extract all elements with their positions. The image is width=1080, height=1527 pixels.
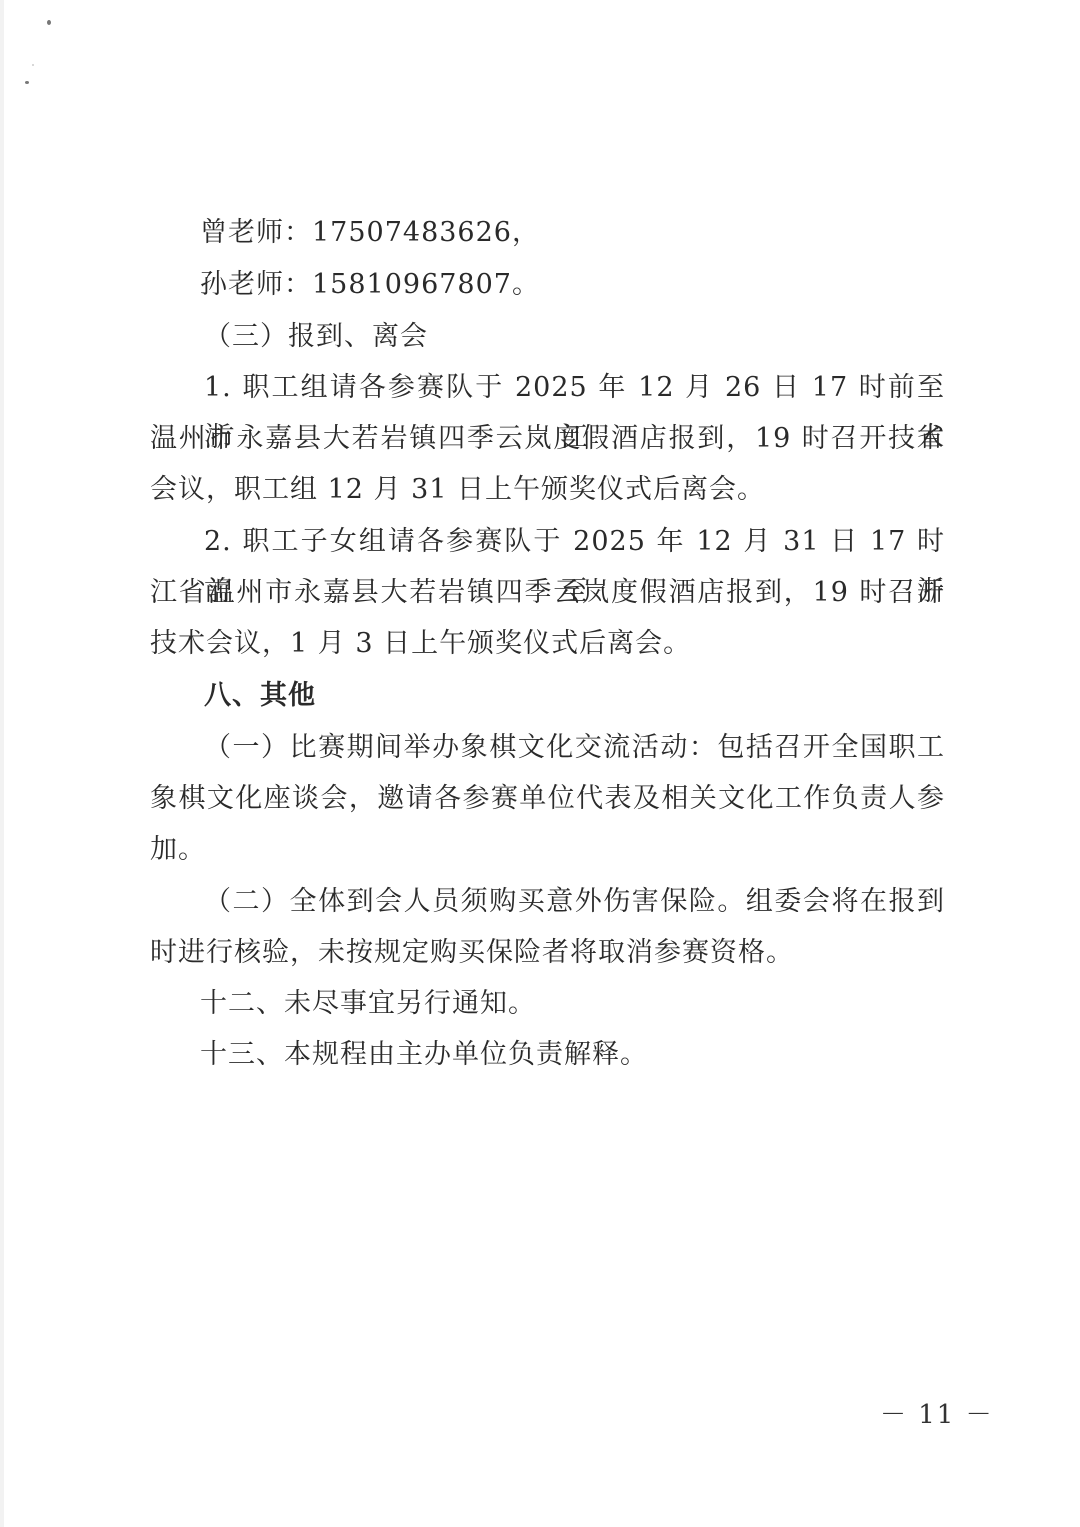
scan-speck [32,64,34,66]
contact-sun: 孙老师：15810967807。 [200,260,540,310]
scan-page-edge [0,0,4,1527]
other-item2-line1: （二）全体到会人员须购买意外伤害保险。组委会将在报到 [204,877,945,927]
section-other-heading: 八、其他 [204,671,316,721]
other-item1-line1: （一）比赛期间举办象棋文化交流活动：包括召开全国职工 [204,723,945,773]
checkin-item2-line3: 技术会议，1 月 3 日上午颁奖仪式后离会。 [150,619,691,669]
other-item2-line2: 时进行核验，未按规定购买保险者将取消参赛资格。 [150,928,794,978]
section-checkin-title: （三）报到、离会 [204,312,428,362]
contact-zeng: 曾老师：17507483626， [200,208,540,258]
checkin-item2-line2: 江省温州市永嘉县大若岩镇四季云岚度假酒店报到，19 时召开 [150,568,945,618]
scan-speck [25,81,29,84]
page-number: － 11 － [880,1397,994,1433]
other-item1-line2: 象棋文化座谈会，邀请各参赛单位代表及相关文化工作负责人参 [150,774,945,824]
checkin-item1-line2: 温州市永嘉县大若岩镇四季云岚度假酒店报到，19 时召开技术 [150,414,945,464]
article-12: 十二、未尽事宜另行通知。 [200,979,536,1029]
scan-speck [47,20,51,25]
checkin-item1-line3: 会议，职工组 12 月 31 日上午颁奖仪式后离会。 [150,465,765,515]
article-13: 十三、本规程由主办单位负责解释。 [200,1030,648,1080]
other-item1-line3: 加。 [150,825,206,875]
